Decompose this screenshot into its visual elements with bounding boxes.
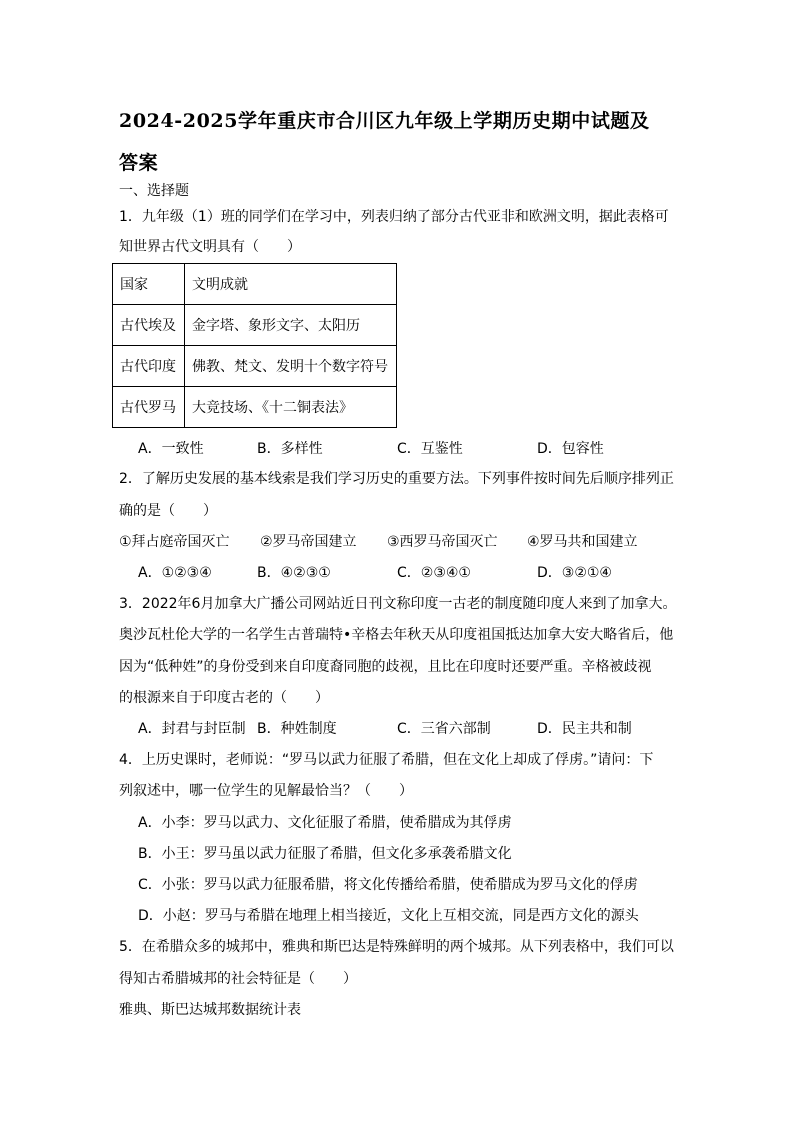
table-header-row: 国家 文明成就 bbox=[113, 264, 397, 305]
question-4-text-line2: 列叙述中，哪一位学生的见解最恰当？（ ） bbox=[119, 782, 413, 800]
question-3-option-b: B．种姓制度 bbox=[257, 720, 337, 738]
table-cell: 佛教、梵文、发明十个数字符号 bbox=[185, 346, 397, 387]
document-title-line2: 答案 bbox=[119, 148, 158, 175]
table-cell: 大竞技场、《十二铜表法》 bbox=[185, 387, 397, 428]
question-5-text-line1: 5．在希腊众多的城邦中，雅典和斯巴达是特殊鲜明的两个城邦。从下列表格中，我们可以 bbox=[119, 938, 674, 956]
question-3-option-d: D．民主共和制 bbox=[537, 720, 632, 738]
table-cell: 古代罗马 bbox=[113, 387, 185, 428]
question-3-option-a: A．封君与封臣制 bbox=[138, 720, 246, 738]
question-5-text-line2: 得知古希腊城邦的社会特征是（ ） bbox=[119, 970, 357, 988]
question-2-event-4: ④罗马共和国建立 bbox=[527, 533, 638, 551]
question-2-text-line1: 2．了解历史发展的基本线索是我们学习历史的重要方法。下列事件按时间先后顺序排列正 bbox=[119, 470, 674, 488]
table-row: 古代埃及 金字塔、象形文字、太阳历 bbox=[113, 305, 397, 346]
question-3-option-c: C．三省六部制 bbox=[397, 720, 491, 738]
question-5-table-caption: 雅典、斯巴达城邦数据统计表 bbox=[119, 1001, 301, 1019]
question-2-option-a: A．①②③④ bbox=[138, 564, 212, 582]
question-2-event-3: ③西罗马帝国灭亡 bbox=[387, 533, 498, 551]
question-2-option-c: C．②③④① bbox=[397, 564, 471, 582]
document-title-line1: 2024-2025学年重庆市合川区九年级上学期历史期中试题及 bbox=[119, 106, 650, 133]
question-1-option-a: A．一致性 bbox=[138, 440, 204, 458]
question-3-text-line3: 因为“低种姓”的身份受到来自印度裔同胞的歧视，且比在印度时还要严重。辛格被歧视 bbox=[119, 658, 652, 676]
table-cell: 古代印度 bbox=[113, 346, 185, 387]
question-2-option-d: D．③②①④ bbox=[537, 564, 612, 582]
table-row: 古代罗马 大竞技场、《十二铜表法》 bbox=[113, 387, 397, 428]
question-2-text-line2: 确的是（ ） bbox=[119, 502, 217, 520]
question-2-event-2: ②罗马帝国建立 bbox=[260, 533, 357, 551]
question-1-option-b: B．多样性 bbox=[257, 440, 323, 458]
table-cell: 古代埃及 bbox=[113, 305, 185, 346]
question-2-option-b: B．④②③① bbox=[257, 564, 331, 582]
question-4-option-b: B．小王：罗马虽以武力征服了希腊，但文化多承袭希腊文化 bbox=[138, 845, 512, 863]
question-2-event-1: ①拜占庭帝国灭亡 bbox=[119, 533, 230, 551]
table-header-cell: 文明成就 bbox=[185, 264, 397, 305]
question-4-text-line1: 4．上历史课时，老师说：“罗马以武力征服了希腊，但在文化上却成了俘虏。”请问：下 bbox=[119, 751, 653, 769]
section-heading: 一、选择题 bbox=[119, 182, 189, 200]
table-row: 古代印度 佛教、梵文、发明十个数字符号 bbox=[113, 346, 397, 387]
question-4-option-c: C．小张：罗马以武力征服希腊，将文化传播给希腊，使希腊成为罗马文化的俘虏 bbox=[138, 876, 638, 894]
question-1-option-c: C．互鉴性 bbox=[397, 440, 463, 458]
question-1-option-d: D．包容性 bbox=[537, 440, 604, 458]
table-header-cell: 国家 bbox=[113, 264, 185, 305]
question-4-option-d: D．小赵：罗马与希腊在地理上相当接近，文化上互相交流，同是西方文化的源头 bbox=[138, 907, 639, 925]
question-3-text-line4: 的根源来自于印度古老的（ ） bbox=[119, 689, 329, 707]
civilization-table: 国家 文明成就 古代埃及 金字塔、象形文字、太阳历 古代印度 佛教、梵文、发明十… bbox=[112, 263, 397, 428]
question-4-option-a: A．小李：罗马以武力、文化征服了希腊，使希腊成为其俘虏 bbox=[138, 814, 512, 832]
table-cell: 金字塔、象形文字、太阳历 bbox=[185, 305, 397, 346]
question-1-text-line1: 1．九年级（1）班的同学们在学习中，列表归纳了部分古代亚非和欧洲文明，据此表格可 bbox=[119, 208, 669, 226]
document-page: 2024-2025学年重庆市合川区九年级上学期历史期中试题及 答案 一、选择题 … bbox=[0, 0, 794, 1123]
question-1-text-line2: 知世界古代文明具有（ ） bbox=[119, 238, 301, 256]
question-3-text-line2: 奥沙瓦杜伦大学的一名学生古普瑞特•辛格去年秋天从印度祖国抵达加拿大安大略省后，他 bbox=[119, 626, 673, 644]
question-3-text-line1: 3．2022年6月加拿大广播公司网站近日刊文称印度一古老的制度随印度人来到了加拿… bbox=[119, 595, 676, 613]
